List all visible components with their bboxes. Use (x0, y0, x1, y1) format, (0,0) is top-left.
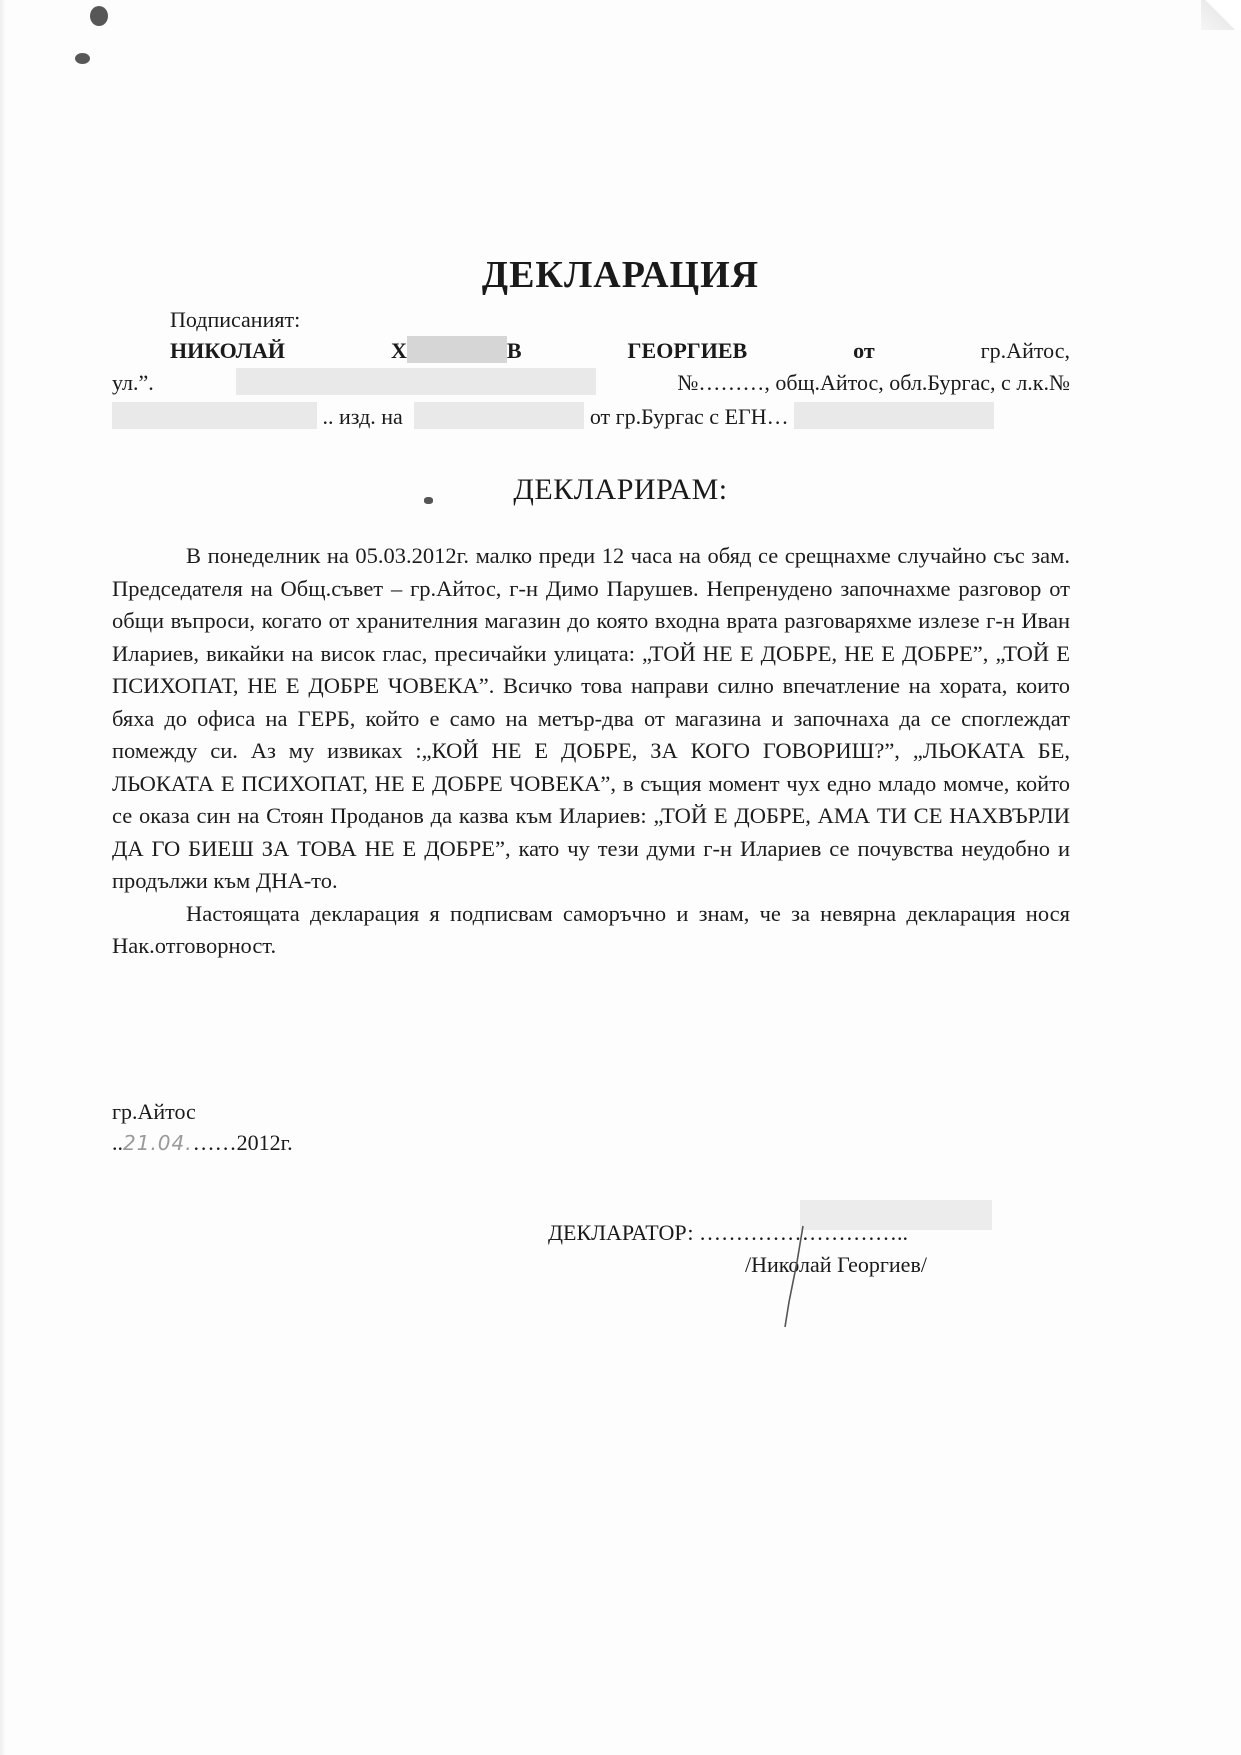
place: гр.Айтос (112, 1097, 196, 1127)
paragraph-responsibility: Настоящата декларация я подписвам саморъ… (112, 898, 1070, 963)
signatory-label: Подписаният: (170, 305, 300, 335)
last-name: ГЕОРГИЕВ (628, 336, 748, 366)
identity-line: НИКОЛАЙ ХВ ГЕОРГИЕВ от гр.Айтос, (170, 336, 1070, 366)
street-prefix: ул.”. (112, 368, 154, 398)
id-line: .. изд. на от гр.Бургас с ЕГН… (112, 402, 994, 432)
declaration-body: В понеделник на 05.03.2012г. малко преди… (112, 540, 1070, 963)
paragraph-statement: В понеделник на 05.03.2012г. малко преди… (112, 540, 1070, 898)
date: ..21.04.……2012г. (112, 1128, 293, 1158)
ink-blot (90, 6, 108, 26)
issued-tail: от гр.Бургас с ЕГН… (590, 404, 789, 429)
document-title: ДЕКЛАРАЦИЯ (0, 253, 1241, 297)
ink-blot (75, 53, 90, 64)
scan-corner-fold (1201, 0, 1241, 30)
egn-redaction (794, 402, 994, 429)
issued-by-label: .. изд. на (323, 404, 403, 429)
city: гр.Айтос, (981, 336, 1070, 366)
street-redaction (236, 368, 596, 395)
declarant-name: /Николай Георгиев/ (745, 1250, 927, 1280)
declaration-heading: ДЕКЛАРИРАМ: (0, 472, 1241, 508)
declarant-label: ДЕКЛАРАТОР: ……………………….. (548, 1218, 908, 1248)
signature-stroke-icon (775, 1222, 815, 1332)
document-page: ДЕКЛАРАЦИЯ Подписаният: НИКОЛАЙ ХВ ГЕОРГ… (0, 0, 1241, 1755)
handwritten-date: 21.04. (123, 1131, 193, 1155)
middle-name-redacted: ХВ (391, 336, 522, 366)
issuer-redaction (414, 402, 584, 429)
address-tail: №………, общ.Айтос, обл.Бургас, с л.к.№ (677, 368, 1070, 398)
from-word: от (853, 336, 875, 366)
address-line: ул.”. №………, общ.Айтос, обл.Бургас, с л.к… (112, 368, 1070, 398)
redaction-block (407, 336, 507, 363)
first-name: НИКОЛАЙ (170, 336, 285, 366)
id-number-redaction (112, 402, 317, 429)
